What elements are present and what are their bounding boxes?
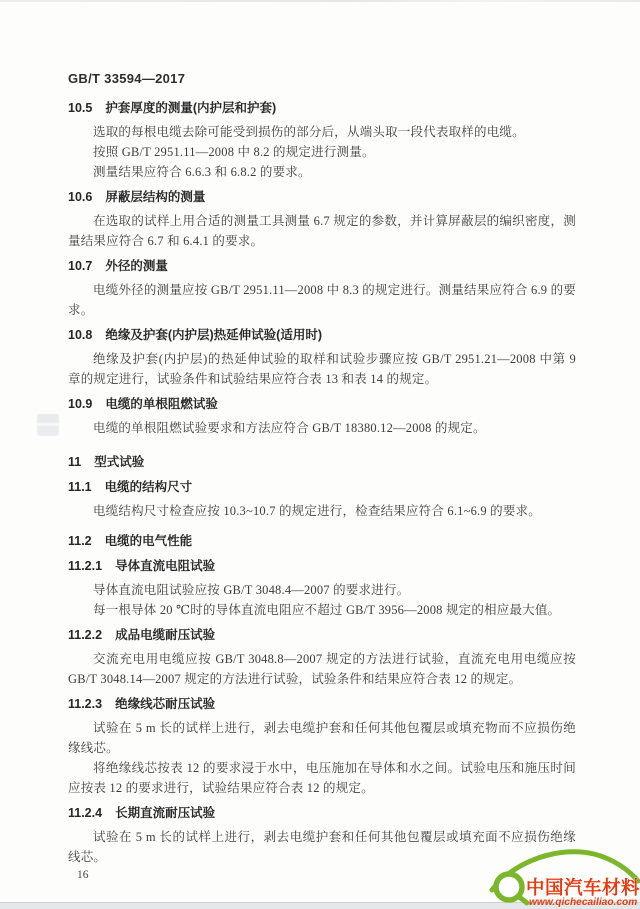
section-heading-11.2.4: 11.2.4长期直流耐压试验 <box>68 803 576 823</box>
standard-code: GB/T 33594—2017 <box>68 71 576 86</box>
section-title: 电缆的电气性能 <box>105 534 193 548</box>
paragraph: 测量结果应符合 6.6.3 和 6.8.2 的要求。 <box>68 162 576 182</box>
section-heading-11.2.2: 11.2.2成品电缆耐压试验 <box>68 625 576 645</box>
paragraph: 将绝缘线芯按表 12 的要求浸于水中，电压施加在导体和水之间。试验电压和施压时间… <box>68 758 576 798</box>
section-heading-11: 11型式试验 <box>68 452 576 472</box>
paragraph: 选取的每根电缆去除可能受到损伤的部分后，从端头取一段代表取样的电缆。 <box>68 122 576 142</box>
section-heading-10.8: 10.8绝缘及护套(内护层)热延伸试验(适用时) <box>68 325 576 345</box>
document-content: GB/T 33594—2017 10.5护套厚度的测量(内护层和护套)选取的每根… <box>68 0 576 881</box>
section-title: 成品电缆耐压试验 <box>115 628 215 642</box>
section-heading-11.2.1: 11.2.1导体直流电阻试验 <box>68 556 576 576</box>
paragraph: 每一根导体 20 ℃时的导体直流电阻应不超过 GB/T 3956—2008 规定… <box>68 600 576 620</box>
paragraph: 试验在 5 m 长的试样上进行，剥去电缆护套和任何其他包覆层或填充物而不应损伤绝… <box>68 718 576 758</box>
section-number: 11 <box>68 455 81 469</box>
paragraph: 电缆外径的测量应按 GB/T 2951.11—2008 中 8.3 的规定进行。… <box>68 280 576 320</box>
section-heading-10.6: 10.6屏蔽层结构的测量 <box>68 187 576 207</box>
paragraph: 交流充电用电缆应按 GB/T 3048.8—2007 规定的方法进行试验，直流充… <box>68 649 576 689</box>
watermark-site-name: 中国汽车材料网 <box>526 877 640 898</box>
section-title: 型式试验 <box>94 455 144 469</box>
section-heading-11.2: 11.2电缆的电气性能 <box>68 531 576 551</box>
section-title: 电缆的结构尺寸 <box>105 480 193 494</box>
paragraph: 按照 GB/T 2951.11—2008 中 8.2 的规定进行测量。 <box>68 142 576 162</box>
scan-artifact <box>37 414 59 436</box>
paragraph: 导体直流电阻试验应按 GB/T 3048.4—2007 的要求进行。 <box>68 580 576 600</box>
section-number: 10.7 <box>68 259 92 273</box>
section-title: 绝缘及护套(内护层)热延伸试验(适用时) <box>105 328 322 342</box>
section-number: 10.9 <box>68 397 92 411</box>
section-number: 11.2 <box>68 534 92 548</box>
section-title: 外径的测量 <box>105 259 168 273</box>
section-title: 电缆的单根阻燃试验 <box>105 397 218 411</box>
section-number: 10.5 <box>68 101 92 115</box>
section-number: 11.1 <box>68 480 92 494</box>
section-heading-10.7: 10.7外径的测量 <box>68 256 576 276</box>
section-number: 10.8 <box>68 328 92 342</box>
section-number: 11.2.4 <box>68 806 102 820</box>
watermark-site-url: www.qichecailiao.com <box>529 897 637 907</box>
section-title: 屏蔽层结构的测量 <box>105 190 205 204</box>
paragraph: 在选取的试样上用合适的测量工具测量 6.7 规定的参数，并计算屏蔽层的编织密度，… <box>68 211 576 251</box>
paragraph: 绝缘及护套(内护层)的热延伸试验的取样和试验步骤应按 GB/T 2951.21—… <box>68 349 576 389</box>
section-heading-11.2.3: 11.2.3绝缘线芯耐压试验 <box>68 694 576 714</box>
doc-sections: 10.5护套厚度的测量(内护层和护套)选取的每根电缆去除可能受到损伤的部分后，从… <box>68 98 576 867</box>
section-number: 11.2.1 <box>68 559 102 573</box>
section-heading-10.5: 10.5护套厚度的测量(内护层和护套) <box>68 98 576 118</box>
scanned-document-page: GB/T 33594—2017 10.5护套厚度的测量(内护层和护套)选取的每根… <box>0 0 640 909</box>
paragraph: 电缆结构尺寸检查应按 10.3~10.7 的规定进行，检查结果应符合 6.1~6… <box>68 501 576 521</box>
section-title: 护套厚度的测量(内护层和护套) <box>105 101 276 115</box>
section-number: 11.2.2 <box>68 628 102 642</box>
section-number: 11.2.3 <box>68 697 102 711</box>
watermark-logo: 中国汽车材料网 www.qichecailiao.com <box>488 843 640 907</box>
section-heading-11.1: 11.1电缆的结构尺寸 <box>68 477 576 497</box>
paragraph: 电缆的单根阻燃试验要求和方法应符合 GB/T 18380.12—2008 的规定… <box>68 418 576 438</box>
section-title: 绝缘线芯耐压试验 <box>115 697 215 711</box>
section-title: 导体直流电阻试验 <box>115 559 215 573</box>
section-heading-10.9: 10.9电缆的单根阻燃试验 <box>68 394 576 414</box>
section-title: 长期直流耐压试验 <box>115 806 215 820</box>
section-number: 10.6 <box>68 190 92 204</box>
